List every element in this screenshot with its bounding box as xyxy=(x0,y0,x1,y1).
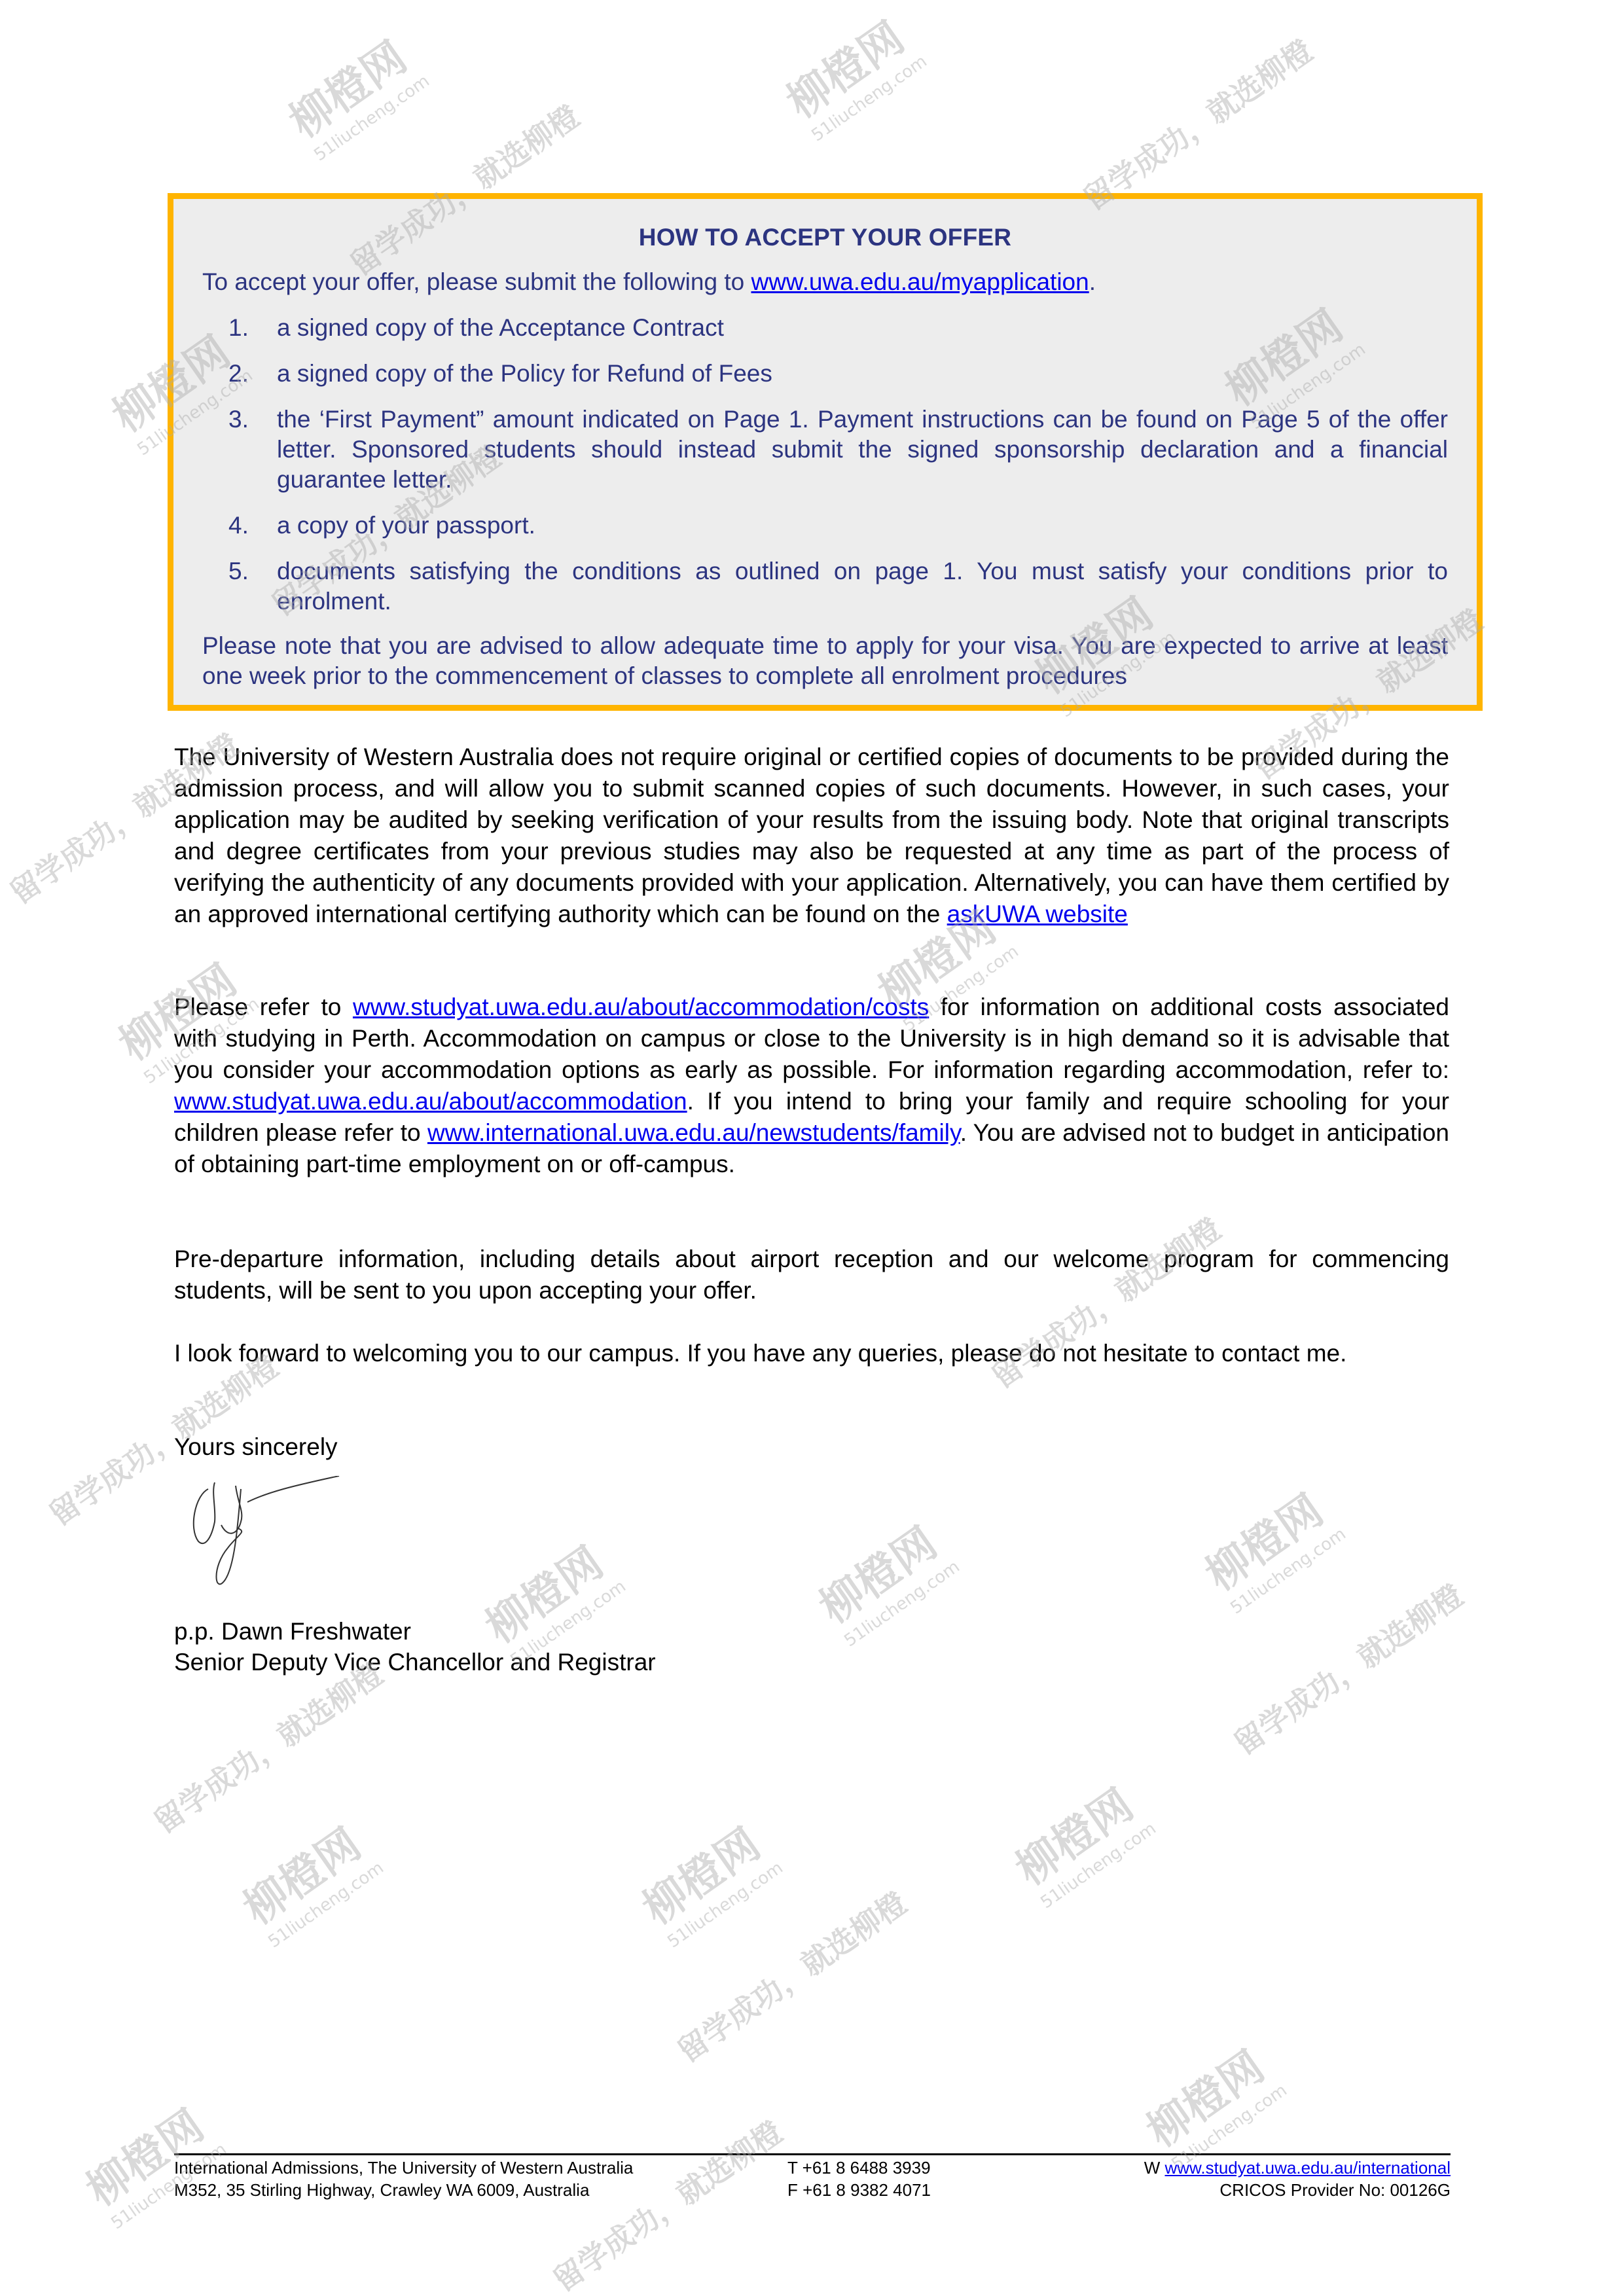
step-number: 1. xyxy=(228,313,249,343)
step-text: a copy of your passport. xyxy=(277,512,535,539)
step-item: 1.a signed copy of the Acceptance Contra… xyxy=(202,313,1448,343)
documents-paragraph: The University of Western Australia does… xyxy=(174,742,1449,930)
accommodation-costs-link[interactable]: www.studyat.uwa.edu.au/about/accommodati… xyxy=(353,994,929,1020)
signature-image xyxy=(175,1476,359,1594)
watermark-logo: 柳橙网51liucheng.com xyxy=(1001,1768,1160,1912)
signatory-name: p.p. Dawn Freshwater xyxy=(174,1617,411,1647)
watermark-slogan: 留学成功，就选柳橙 xyxy=(668,1880,914,2072)
footer-divider xyxy=(174,2153,1451,2155)
salutation: Yours sincerely xyxy=(174,1432,338,1462)
signatory-position: Senior Deputy Vice Chancellor and Regist… xyxy=(174,1647,656,1677)
intro-text: To accept your offer, please submit the … xyxy=(202,268,751,295)
step-number: 2. xyxy=(228,359,249,389)
step-text: documents satisfying the conditions as o… xyxy=(277,558,1448,615)
step-text: the ‘First Payment” amount indicated on … xyxy=(277,406,1448,493)
watermark-logo: 柳橙网51liucheng.com xyxy=(1191,1473,1350,1618)
welcome-paragraph: I look forward to welcoming you to our c… xyxy=(174,1338,1449,1369)
step-text: a signed copy of the Policy for Refund o… xyxy=(277,360,772,387)
box-title: HOW TO ACCEPT YOUR OFFER xyxy=(202,224,1448,251)
footer-web-prefix: W xyxy=(1144,2158,1165,2178)
step-number: 5. xyxy=(228,556,249,586)
footer-org: International Admissions, The University… xyxy=(174,2157,633,2179)
footer-fax: F +61 8 9382 4071 xyxy=(787,2179,931,2201)
family-link[interactable]: www.international.uwa.edu.au/newstudents… xyxy=(427,1119,960,1146)
watermark-logo: 柳橙网51liucheng.com xyxy=(772,1,931,145)
step-number: 4. xyxy=(228,511,249,541)
documents-text: The University of Western Australia does… xyxy=(174,744,1449,927)
predeparture-paragraph: Pre-departure information, including det… xyxy=(174,1244,1449,1306)
step-number: 3. xyxy=(228,404,249,435)
step-item: 2.a signed copy of the Policy for Refund… xyxy=(202,359,1448,389)
watermark-logo: 柳橙网51liucheng.com xyxy=(229,1807,388,1952)
watermark-logo: 柳橙网51liucheng.com xyxy=(805,1506,964,1651)
footer-contact: T +61 8 6488 3939 F +61 8 9382 4071 xyxy=(787,2157,931,2201)
watermark-logo: 柳橙网51liucheng.com xyxy=(275,20,433,165)
step-text: a signed copy of the Acceptance Contract xyxy=(277,314,724,341)
watermark-slogan: 留学成功，就选柳橙 xyxy=(1224,1573,1471,1764)
footer-web: W www.studyat.uwa.edu.au/international C… xyxy=(1144,2157,1451,2201)
acceptance-steps-list: 1.a signed copy of the Acceptance Contra… xyxy=(202,313,1448,632)
askuwa-link[interactable]: askUWA website xyxy=(947,901,1128,927)
step-item: 3.the ‘First Payment” amount indicated o… xyxy=(202,404,1448,495)
footer-phone: T +61 8 6488 3939 xyxy=(787,2157,931,2179)
intro-suffix: . xyxy=(1089,268,1096,295)
step-item: 5.documents satisfying the conditions as… xyxy=(202,556,1448,617)
footer-website-link[interactable]: www.studyat.uwa.edu.au/international xyxy=(1165,2158,1451,2178)
visa-note: Please note that you are advised to allo… xyxy=(202,631,1448,691)
step-item: 4.a copy of your passport. xyxy=(202,511,1448,541)
how-to-accept-box: HOW TO ACCEPT YOUR OFFER To accept your … xyxy=(168,193,1483,711)
watermark-slogan: 留学成功，就选柳橙 xyxy=(144,1651,391,1842)
watermark-logo: 柳橙网51liucheng.com xyxy=(628,1807,787,1952)
box-intro: To accept your offer, please submit the … xyxy=(202,267,1096,297)
watermark-slogan: 留学成功，就选柳橙 xyxy=(1074,28,1320,219)
accommodation-paragraph: Please refer to www.studyat.uwa.edu.au/a… xyxy=(174,992,1449,1180)
watermark-slogan: 留学成功，就选柳橙 xyxy=(543,2109,790,2296)
footer-cricos: CRICOS Provider No: 00126G xyxy=(1144,2179,1451,2201)
accommodation-link[interactable]: www.studyat.uwa.edu.au/about/accommodati… xyxy=(174,1088,687,1115)
accommodation-text: Please refer to xyxy=(174,994,353,1020)
footer-address: International Admissions, The University… xyxy=(174,2157,633,2201)
footer-street: M352, 35 Stirling Highway, Crawley WA 60… xyxy=(174,2179,633,2201)
myapplication-link[interactable]: www.uwa.edu.au/myapplication xyxy=(751,268,1089,295)
